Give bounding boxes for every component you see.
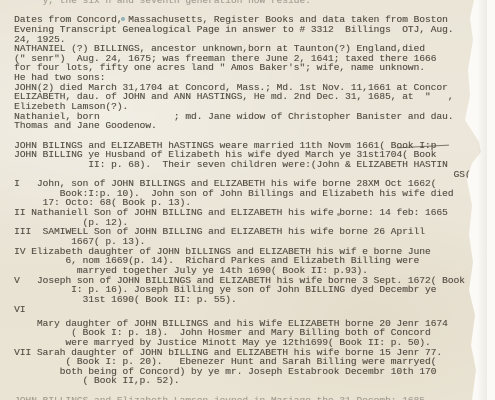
typewritten-text: y, the six h and seventh generation now …: [14, 0, 492, 400]
ink-speck: [121, 17, 125, 21]
typewritten-line: Evening Transcript Genealogical Page in …: [14, 25, 492, 35]
typewritten-line: VI: [14, 305, 492, 315]
typewritten-line: 31st 1690( Book II: p. 55).: [14, 295, 492, 305]
typewritten-line: y, the six h and seventh generation now …: [14, 0, 492, 6]
scanned-document: y, the six h and seventh generation now …: [0, 0, 495, 400]
typewritten-line: Thomas and Jane Goodenow.: [14, 121, 492, 131]
paper-sheet: y, the six h and seventh generation now …: [0, 0, 495, 400]
torn-edge: [477, 0, 487, 400]
typewritten-line: JOHN BILLINGS and Elizabeth Lamson joyne…: [14, 396, 492, 400]
paper-speck: [337, 213, 340, 216]
typewritten-line: ( Book II,p. 52).: [14, 376, 492, 386]
